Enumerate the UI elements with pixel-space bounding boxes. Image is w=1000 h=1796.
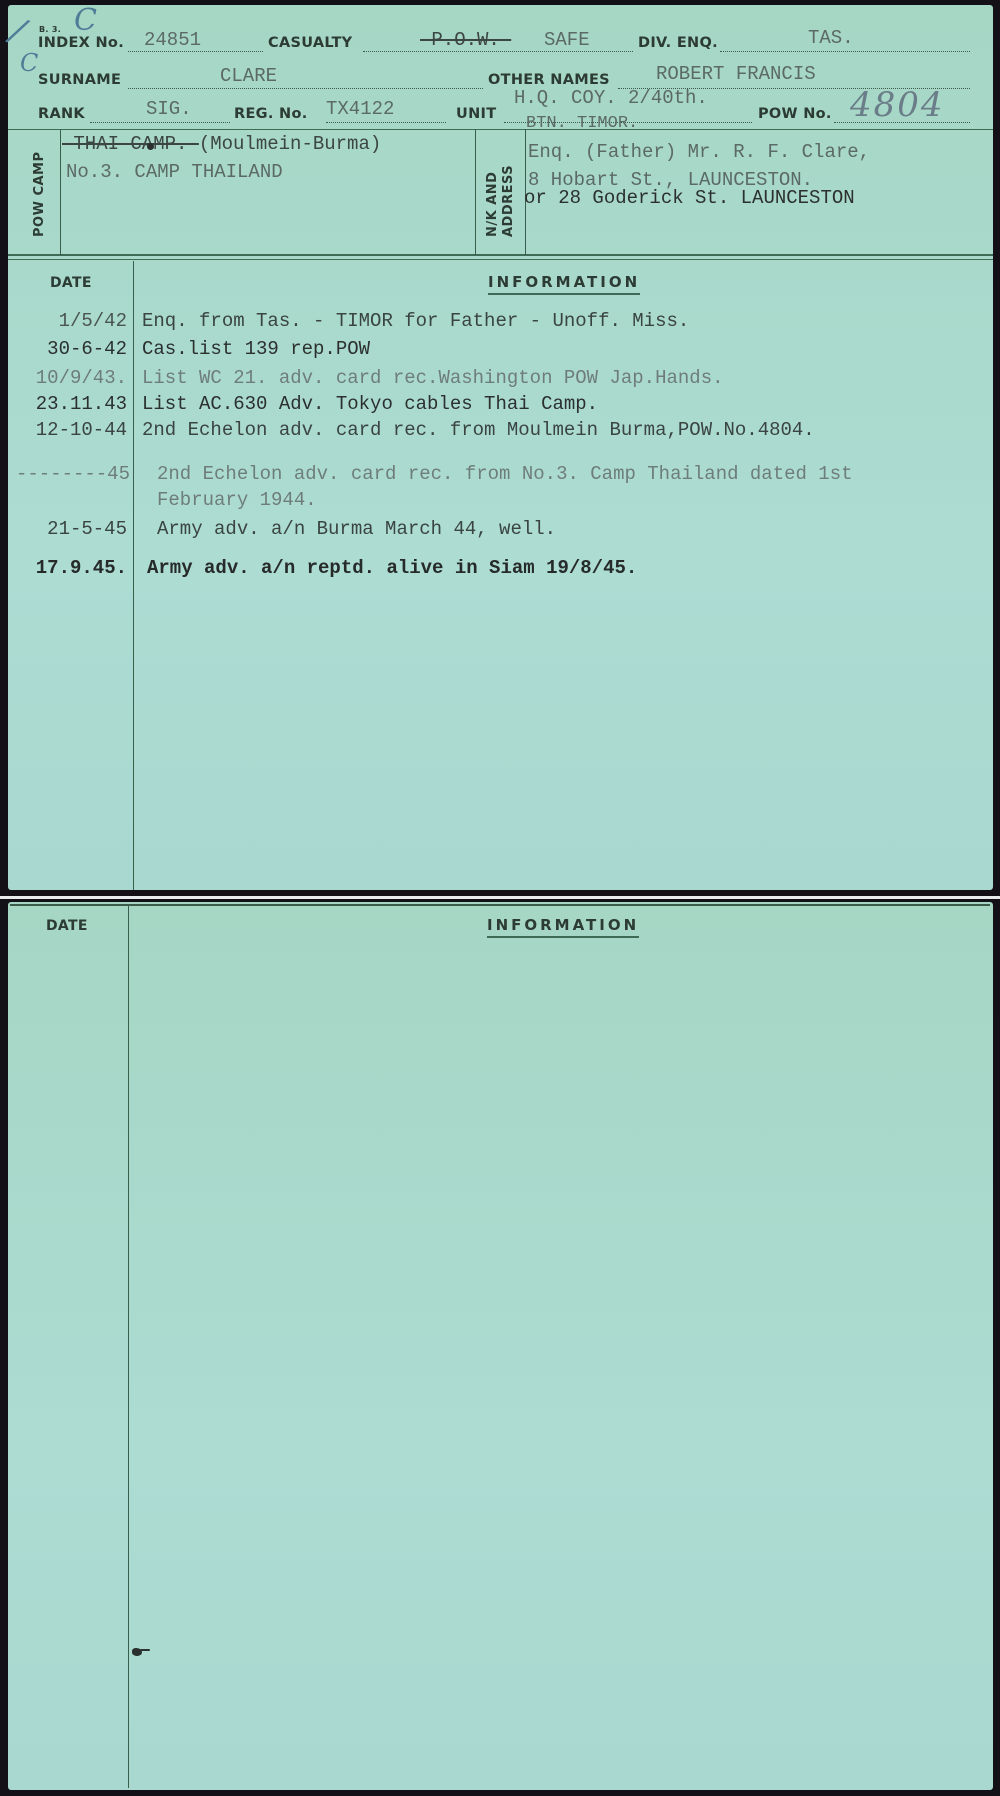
row-information: List WC 21. adv. card rec.Washington POW… [142,367,724,389]
row-date: 1/5/42 [8,310,127,332]
row-information: Army adv. a/n reptd. alive in Siam 19/8/… [147,557,637,579]
table-row: 23.11.43List AC.630 Adv. Tokyo cables Th… [8,393,993,419]
information-header: INFORMATION [487,916,639,938]
nk-address-line3: or 28 Goderick St. LAUNCESTON [524,187,855,209]
nk-label-line1: N/K AND [485,172,500,237]
index-label: INDEX No. [38,35,124,51]
handwritten-tick-mark: / [6,10,30,52]
pow-camp-label: POW CAMP [32,151,47,237]
other-names-label: OTHER NAMES [488,72,610,88]
table-row: --------452nd Echelon adv. card rec. fro… [8,463,993,489]
casualty-struck-value: -P.O.W.- [420,29,511,51]
unit-value-line2: BTN. TIMOR. [526,114,638,133]
rank-label: RANK [38,106,85,122]
pow-no-value: 4804 [850,85,945,125]
row-date: 23.11.43 [8,393,127,415]
row-date: 12-10-44 [8,419,127,441]
row-date: 17.9.45. [8,557,127,579]
information-header: INFORMATION [488,273,640,295]
row-date: 10/9/43. [8,367,127,389]
date-header: DATE [50,275,92,291]
ink-mark [140,1649,150,1651]
row-information: 2nd Echelon adv. card rec. from No.3. Ca… [157,463,853,485]
row-information: Enq. from Tas. - TIMOR for Father - Unof… [142,310,689,332]
pow-camp-line1-rest: (Moulmein-Burma) [199,133,381,155]
pow-camp-line2: No.3. CAMP THAILAND [66,161,283,183]
record-card-front: / C C B. 3. INDEX No. 24851 CASUALTY -P.… [8,5,993,890]
reg-no-label: REG. No. [234,106,308,122]
handwritten-c-mark-left: C [20,49,38,77]
other-names-value: ROBERT FRANCIS [656,63,816,85]
unit-value-line1: H.Q. COY. 2/40th. [514,87,708,109]
nk-label-line2: ADDRESS [501,165,516,237]
table-row: 21-5-45Army adv. a/n Burma March 44, wel… [8,518,993,544]
rank-value: SIG. [146,98,192,120]
unit-label: UNIT [456,106,496,122]
row-information: Cas.list 139 rep.POW [142,338,370,360]
pow-camp-struck: -THAI-CAMP.- [62,133,199,155]
pow-no-label: POW No. [758,106,832,122]
row-information-continued: February 1944. [157,489,317,511]
casualty-value: SAFE [544,29,590,51]
table-row: 17.9.45.Army adv. a/n reptd. alive in Si… [8,557,993,583]
handwritten-c-mark-top: C [74,3,97,38]
index-value: 24851 [144,29,201,51]
row-date: 30-6-42 [8,338,127,360]
row-information: List AC.630 Adv. Tokyo cables Thai Camp. [142,393,598,415]
table-row: 30-6-42Cas.list 139 rep.POW [8,338,993,364]
table-row: 1/5/42Enq. from Tas. - TIMOR for Father … [8,310,993,336]
row-information: Army adv. a/n Burma March 44, well. [157,518,556,540]
surname-value: CLARE [220,65,277,87]
card-separator [0,896,1000,899]
div-enq-label: DIV. ENQ. [638,35,718,51]
table-row: 12-10-442nd Echelon adv. card rec. from … [8,419,993,445]
record-card-back: DATE INFORMATION [8,902,993,1790]
form-code: B. 3. [39,25,61,34]
row-date: --------45 [0,463,130,485]
ink-spot [147,143,154,150]
nk-address-line1: Enq. (Father) Mr. R. F. Clare, [528,141,870,163]
pow-camp-line1: -THAI-CAMP.-(Moulmein-Burma) [62,133,381,155]
surname-label: SURNAME [38,72,121,88]
table-row: 10/9/43.List WC 21. adv. card rec.Washin… [8,367,993,393]
casualty-label: CASUALTY [268,35,353,51]
reg-no-value: TX4122 [326,98,394,120]
row-date: 21-5-45 [8,518,127,540]
row-information: 2nd Echelon adv. card rec. from Moulmein… [142,419,815,441]
div-enq-value: TAS. [808,27,854,49]
date-header: DATE [46,918,88,934]
